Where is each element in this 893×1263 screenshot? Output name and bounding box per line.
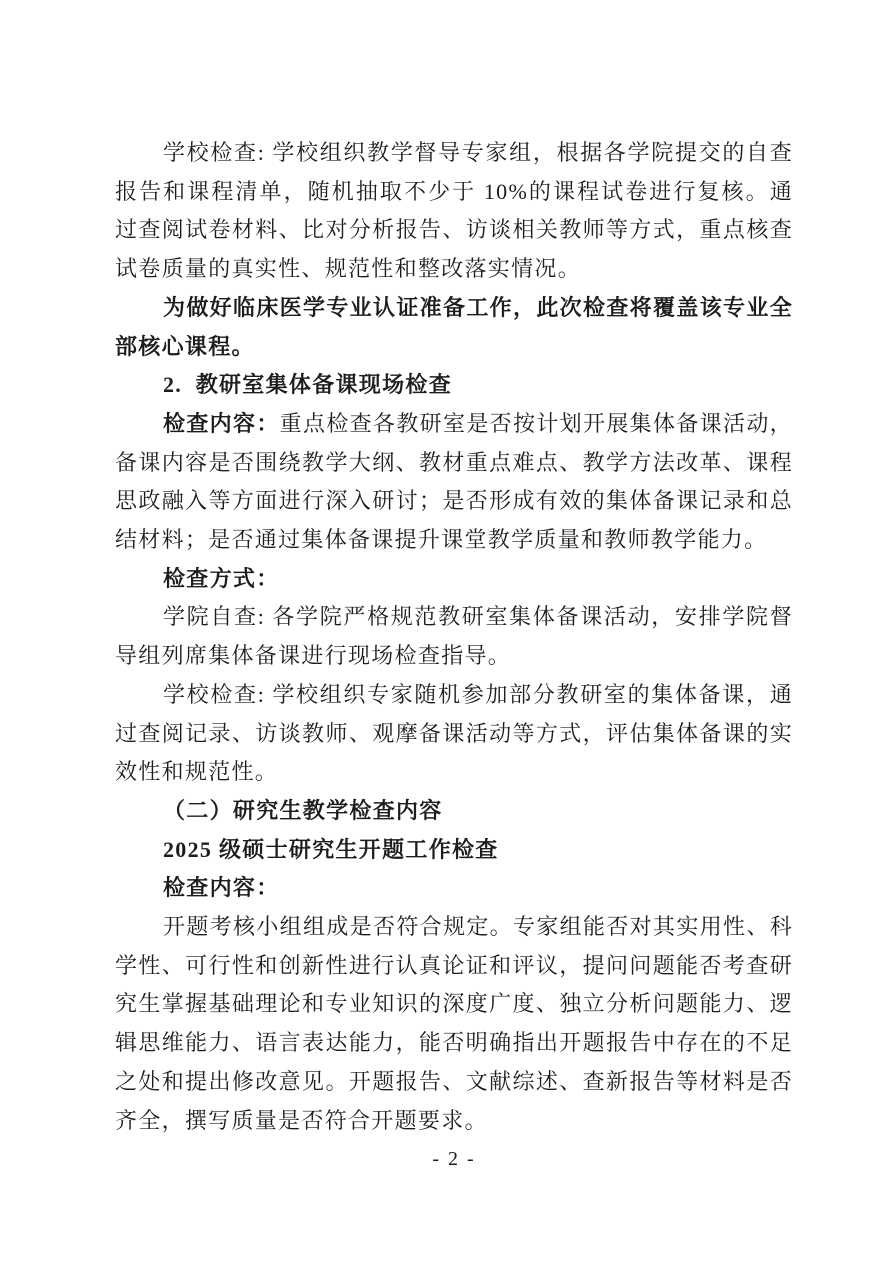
label-check-content-lead: 检查内容： bbox=[163, 411, 280, 436]
label-check-content-graduate: 检查内容： bbox=[115, 869, 793, 908]
paragraph-check-content-lesson-prep: 检查内容：重点检查各教研室是否按计划开展集体备课活动，备课内容是否围绕教学大纲、… bbox=[115, 405, 793, 560]
document-body: 学校检查: 学校组织教学督导专家组，根据各学院提交的自查报告和课程清单，随机抽取… bbox=[115, 134, 793, 1140]
page-footer: - 2 - bbox=[115, 1144, 793, 1174]
paragraph-school-check-lesson-prep: 学校检查: 学校组织专家随机参加部分教研室的集体备课，通过查阅记录、访谈教师、观… bbox=[115, 676, 793, 792]
label-check-method: 检查方式： bbox=[115, 560, 793, 599]
document-page: 学校检查: 学校组织教学督导专家组，根据各学院提交的自查报告和课程清单，随机抽取… bbox=[0, 0, 893, 1263]
heading-2025-master-topic-check: 2025 级硕士研究生开题工作检查 bbox=[115, 831, 793, 870]
paragraph-accreditation-note: 为做好临床医学专业认证准备工作，此次检查将覆盖该专业全部核心课程。 bbox=[115, 289, 793, 366]
paragraph-school-check-exams: 学校检查: 学校组织教学督导专家组，根据各学院提交的自查报告和课程清单，随机抽取… bbox=[115, 134, 793, 289]
heading-section-2-lesson-prep-check: 2. 教研室集体备课现场检查 bbox=[115, 366, 793, 405]
paragraph-topic-review-requirements: 开题考核小组组成是否符合规定。专家组能否对其实用性、科学性、可行性和创新性进行认… bbox=[115, 908, 793, 1140]
page-number: - 2 - bbox=[432, 1148, 475, 1170]
heading-graduate-section: （二）研究生教学检查内容 bbox=[115, 792, 793, 831]
paragraph-college-self-check: 学院自查: 各学院严格规范教研室集体备课活动，安排学院督导组列席集体备课进行现场… bbox=[115, 598, 793, 675]
